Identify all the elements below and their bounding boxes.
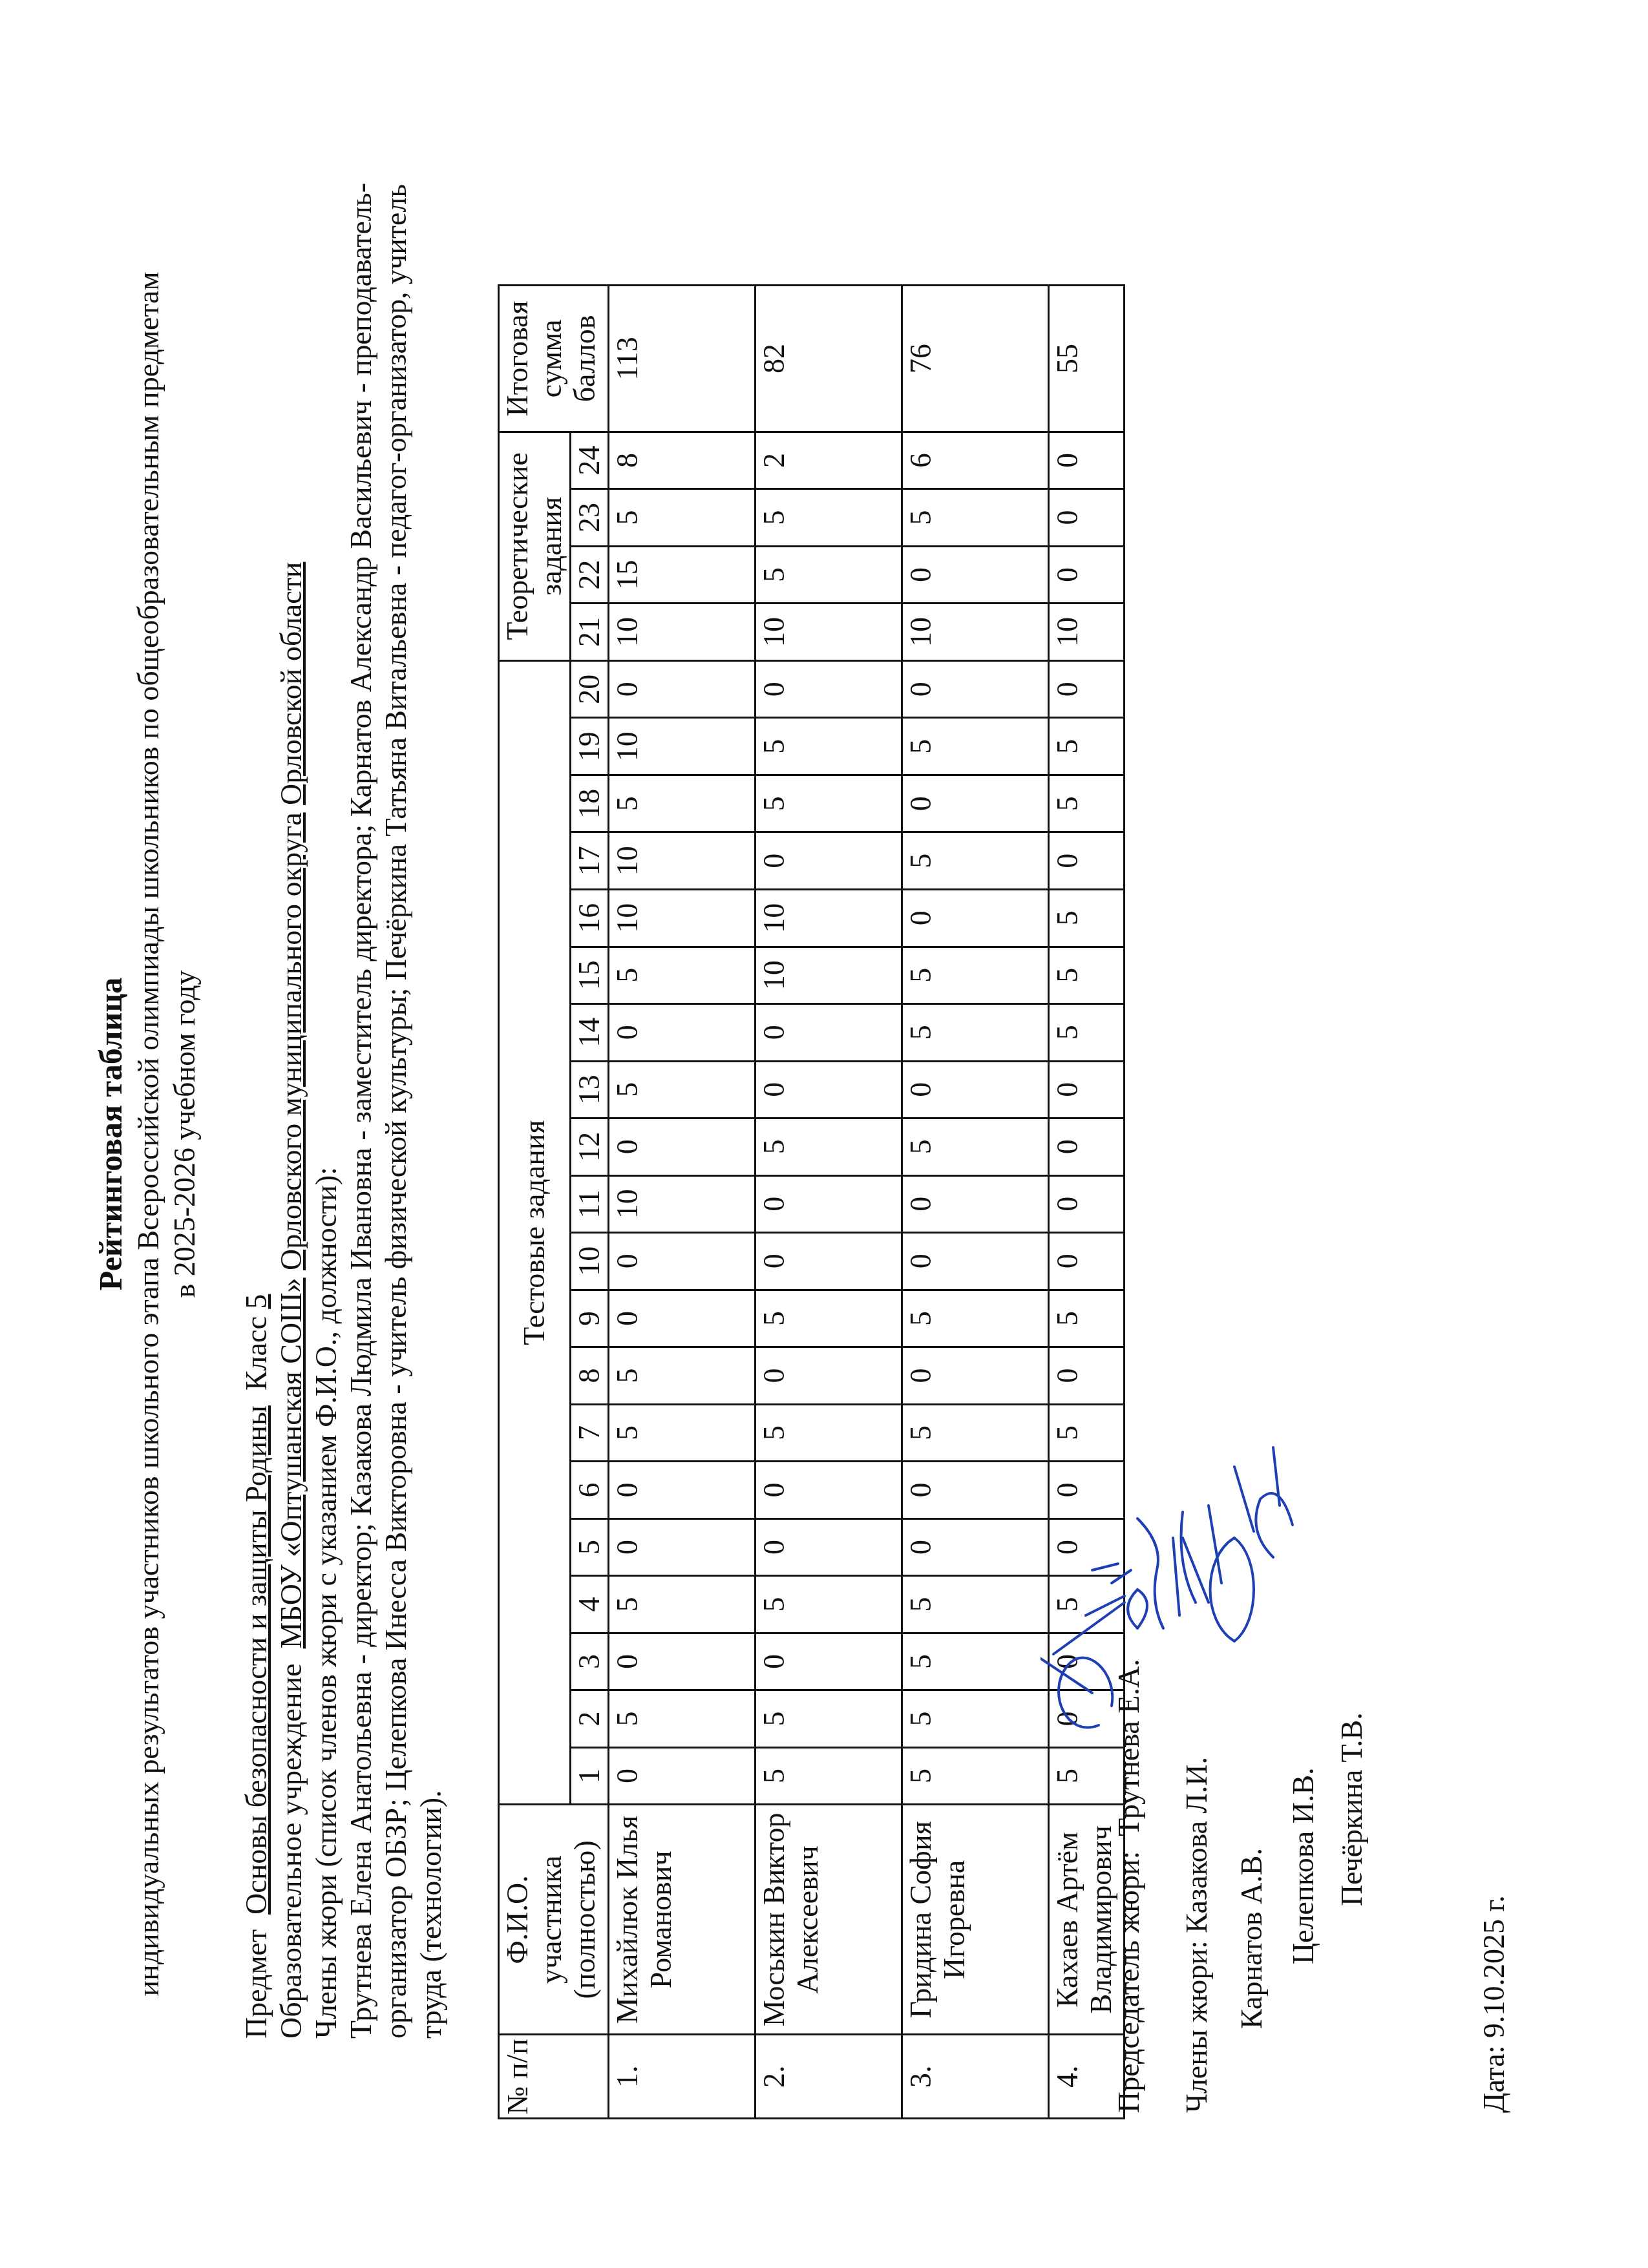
task-number-header: 20	[571, 660, 609, 718]
member-name: Казакова Л.И.	[1180, 1757, 1213, 1933]
score-cell: 0	[902, 890, 1049, 947]
score-cell: 5	[1049, 775, 1125, 832]
score-cell: 5	[609, 1404, 755, 1462]
score-cell: 0	[902, 1347, 1049, 1405]
score-cell: 0	[609, 1118, 755, 1176]
score-cell: 0	[755, 1004, 902, 1062]
score-cell: 5	[609, 489, 755, 547]
task-number-header: 17	[571, 832, 609, 890]
header-total: Итоговая сумма баллов	[499, 286, 609, 432]
score-cell: 0	[609, 1462, 755, 1519]
score-cell: 5	[609, 775, 755, 832]
task-number-header: 7	[571, 1404, 609, 1462]
meta-block: Предмет Основы безопасности и защиты Род…	[239, 165, 449, 2039]
score-cell: 0	[1049, 660, 1125, 718]
score-cell: 0	[1049, 546, 1125, 604]
rating-table-wrapper: № п/п Ф.И.О. участника (полностью) Тесто…	[498, 284, 1125, 2119]
score-cell: 10	[609, 604, 755, 661]
score-cell: 10	[609, 832, 755, 890]
score-cell: 5	[755, 1747, 902, 1805]
task-number-header: 6	[571, 1462, 609, 1519]
score-cell: 10	[609, 890, 755, 947]
score-cell: 0	[755, 1175, 902, 1233]
header-name: Ф.И.О. участника (полностью)	[499, 1805, 609, 2035]
task-number-header: 23	[571, 489, 609, 547]
score-cell: 5	[609, 1576, 755, 1633]
document-header: Рейтинговая таблица индивидуальных резул…	[90, 0, 203, 2268]
rotated-document-page: Рейтинговая таблица индивидуальных резул…	[0, 0, 1648, 2268]
score-cell: 5	[755, 1118, 902, 1176]
task-number-header: 13	[571, 1061, 609, 1118]
score-cell: 0	[609, 1633, 755, 1690]
chair-label: Председатель жюри:	[1112, 1851, 1145, 2113]
score-cell: 2	[755, 432, 902, 489]
table-body: 1.Михайлюк Илья Романович050500550010050…	[609, 286, 1125, 2119]
subject-line: Предмет Основы безопасности и защиты Род…	[239, 165, 274, 2039]
total-score: 82	[755, 286, 902, 432]
score-cell: 0	[609, 1747, 755, 1805]
members-label: Члены жюри:	[1180, 1940, 1213, 2113]
document-date: Дата: 9.10.2025 г.	[1477, 1895, 1511, 2113]
task-number-header: 19	[571, 718, 609, 775]
score-cell: 0	[1049, 489, 1125, 547]
score-cell: 5	[755, 1290, 902, 1347]
score-cell: 5	[902, 1404, 1049, 1462]
institution-district: Орловского муниципального округа	[275, 812, 308, 1270]
score-cell: 5	[1049, 890, 1125, 947]
task-number-header: 14	[571, 1004, 609, 1062]
score-cell: 5	[755, 775, 902, 832]
task-number-header: 21	[571, 604, 609, 661]
jury-heading: Члены жюри (список членов жюри с указани…	[309, 165, 344, 2039]
task-number-header: 11	[571, 1175, 609, 1233]
task-number-header: 22	[571, 546, 609, 604]
score-cell: 5	[902, 1290, 1049, 1347]
jury-list: Трутнева Елена Анатольевна - директор; К…	[344, 165, 449, 2039]
member-name: Карнатов А.В.	[1234, 1848, 1269, 2029]
score-cell: 10	[755, 604, 902, 661]
score-cell: 5	[609, 947, 755, 1004]
member-name: Целепкова И.В.	[1286, 1767, 1321, 1964]
score-cell: 5	[902, 1747, 1049, 1805]
score-cell: 5	[755, 718, 902, 775]
task-number-header: 15	[571, 947, 609, 1004]
task-number-header: 2	[571, 1690, 609, 1748]
score-cell: 0	[1049, 1175, 1125, 1233]
score-cell: 5	[755, 546, 902, 604]
score-cell: 0	[902, 660, 1049, 718]
score-cell: 5	[902, 1118, 1049, 1176]
score-cell: 6	[902, 432, 1049, 489]
score-cell: 0	[755, 832, 902, 890]
score-cell: 0	[902, 1462, 1049, 1519]
task-number-header: 12	[571, 1118, 609, 1176]
score-cell: 0	[902, 546, 1049, 604]
header-test-tasks: Тестовые задания	[499, 660, 571, 1804]
task-number-header: 9	[571, 1290, 609, 1347]
score-cell: 0	[609, 1004, 755, 1062]
rating-table: № п/п Ф.И.О. участника (полностью) Тесто…	[498, 284, 1125, 2119]
score-cell: 0	[755, 1518, 902, 1576]
table-row: 2.Моськин Виктор Алексеевич5505005050050…	[755, 286, 902, 2119]
score-cell: 5	[902, 832, 1049, 890]
score-cell: 5	[755, 1404, 902, 1462]
score-cell: 0	[1049, 1233, 1125, 1290]
task-number-header: 5	[571, 1518, 609, 1576]
score-cell: 0	[609, 1290, 755, 1347]
score-cell: 0	[609, 1518, 755, 1576]
score-cell: 10	[1049, 604, 1125, 661]
score-cell: 0	[902, 775, 1049, 832]
score-cell: 0	[902, 1175, 1049, 1233]
score-cell: 5	[902, 718, 1049, 775]
score-cell: 0	[1049, 432, 1125, 489]
score-cell: 0	[755, 1061, 902, 1118]
score-cell: 0	[755, 660, 902, 718]
handwritten-signatures	[1041, 1415, 1351, 1751]
total-score: 76	[902, 286, 1049, 432]
score-cell: 10	[755, 890, 902, 947]
score-cell: 0	[902, 1233, 1049, 1290]
score-cell: 0	[755, 1633, 902, 1690]
score-cell: 0	[609, 1233, 755, 1290]
table-row: 3.Гридина София Игоревна5555005050050550…	[902, 286, 1049, 2119]
score-cell: 5	[902, 1576, 1049, 1633]
score-cell: 0	[1049, 1347, 1125, 1405]
score-cell: 15	[609, 546, 755, 604]
score-cell: 5	[609, 1347, 755, 1405]
score-cell: 0	[902, 1061, 1049, 1118]
task-number-header: 4	[571, 1576, 609, 1633]
score-cell: 0	[755, 1462, 902, 1519]
score-cell: 5	[902, 1690, 1049, 1748]
task-number-header: 16	[571, 890, 609, 947]
score-cell: 5	[1049, 1290, 1125, 1347]
members-line: Члены жюри: Казакова Л.И.	[1179, 1757, 1214, 2113]
subject-value: Основы безопасности и защиты Родины	[240, 1405, 273, 1915]
score-cell: 10	[902, 604, 1049, 661]
score-cell: 0	[609, 660, 755, 718]
institution-line: Образовательное учреждение МБОУ «Оптушан…	[274, 165, 309, 2039]
class-label: Класс	[240, 1316, 273, 1391]
score-cell: 5	[755, 1690, 902, 1748]
score-cell: 10	[609, 1175, 755, 1233]
score-cell: 0	[1049, 832, 1125, 890]
score-cell: 5	[902, 1004, 1049, 1062]
task-number-header: 1	[571, 1747, 609, 1805]
task-number-header: 24	[571, 432, 609, 489]
participant-name: Моськин Виктор Алексеевич	[755, 1805, 902, 2035]
class-value: 5	[240, 1294, 273, 1309]
row-number: 2.	[755, 2035, 902, 2119]
task-number-header: 8	[571, 1347, 609, 1405]
score-cell: 5	[902, 489, 1049, 547]
score-cell: 5	[1049, 947, 1125, 1004]
score-cell: 0	[1049, 1118, 1125, 1176]
academic-year: в 2025-2026 учебном году	[167, 0, 203, 2268]
score-cell: 8	[609, 432, 755, 489]
score-cell: 5	[609, 1061, 755, 1118]
score-cell: 5	[755, 489, 902, 547]
score-cell: 5	[1049, 718, 1125, 775]
task-number-header: 18	[571, 775, 609, 832]
document-subtitle: индивидуальных результатов участников шк…	[131, 0, 167, 2268]
score-cell: 5	[1049, 1004, 1125, 1062]
score-cell: 5	[609, 1690, 755, 1748]
score-cell: 0	[755, 1233, 902, 1290]
task-number-header: 10	[571, 1233, 609, 1290]
score-cell: 10	[755, 947, 902, 1004]
institution-label: Образовательное учреждение	[275, 1663, 308, 2039]
institution-value: МБОУ «Оптушанская СОШ»	[275, 1277, 308, 1648]
task-number-header: 3	[571, 1633, 609, 1690]
score-cell: 0	[902, 1518, 1049, 1576]
header-theory-tasks: Теоретические задания	[499, 432, 571, 660]
institution-region: Орловской области	[275, 562, 308, 805]
score-cell: 0	[755, 1347, 902, 1405]
score-cell: 5	[902, 1633, 1049, 1690]
score-cell: 5	[902, 947, 1049, 1004]
total-score: 55	[1049, 286, 1125, 432]
total-score: 113	[609, 286, 755, 432]
row-number: 3.	[902, 2035, 1049, 2119]
score-cell: 5	[755, 1576, 902, 1633]
row-number: 1.	[609, 2035, 755, 2119]
document-title: Рейтинговая таблица	[90, 0, 131, 2268]
subject-label: Предмет	[240, 1929, 273, 2039]
participant-name: Гридина София Игоревна	[902, 1805, 1049, 2035]
participant-name: Михайлюк Илья Романович	[609, 1805, 755, 2035]
header-num: № п/п	[499, 2035, 609, 2119]
table-row: 1.Михайлюк Илья Романович050500550010050…	[609, 286, 755, 2119]
score-cell: 10	[609, 718, 755, 775]
score-cell: 0	[1049, 1061, 1125, 1118]
